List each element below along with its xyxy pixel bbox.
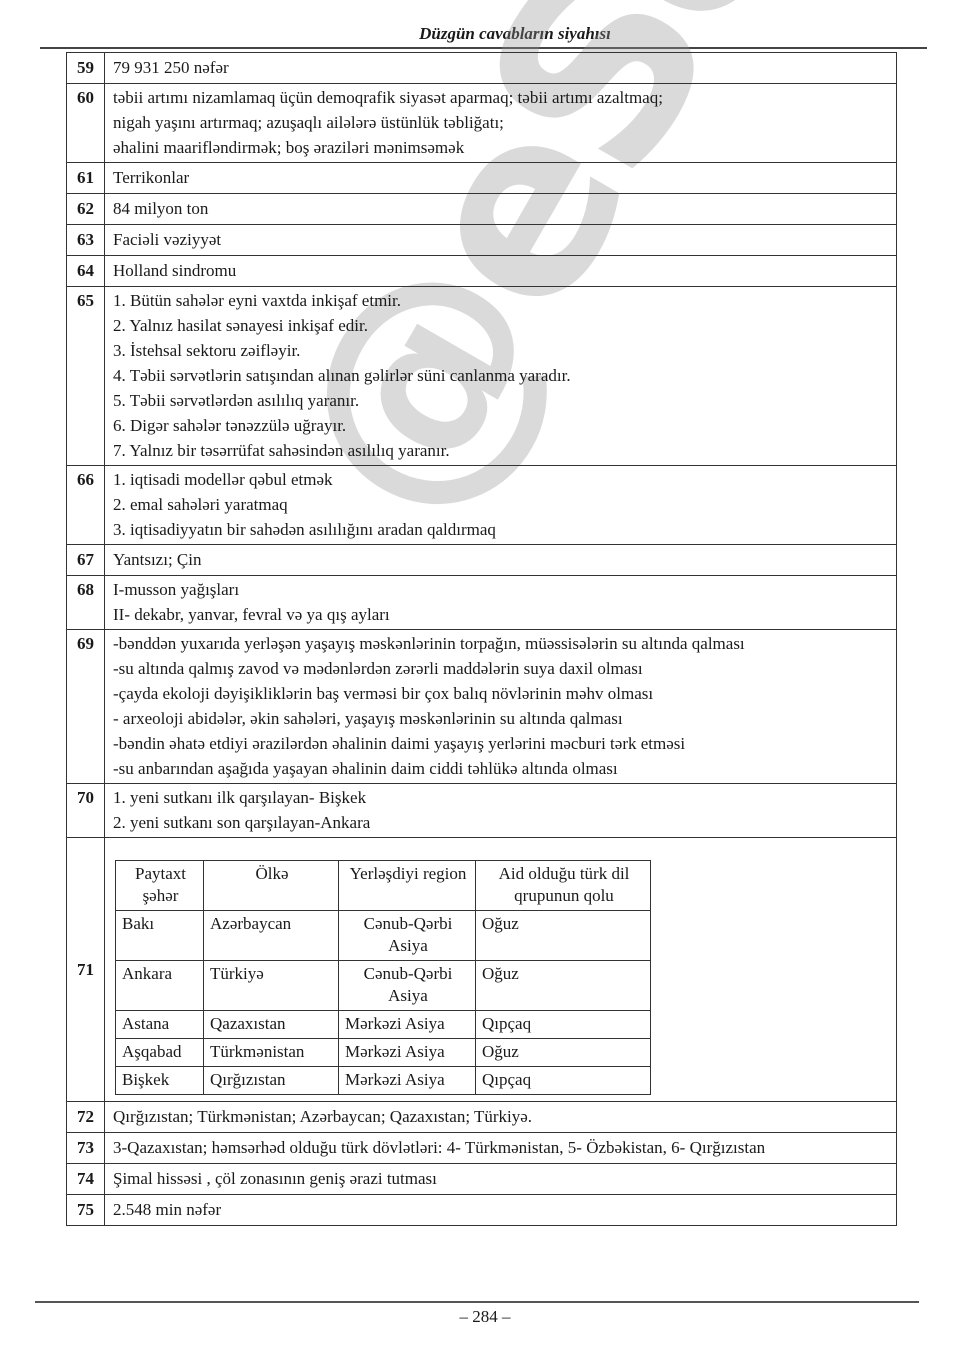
answer-line: -su anbarından aşağıda yaşayan əhalinin … [113, 756, 888, 781]
answer-row-59: 5979 931 250 nəfər [67, 53, 897, 84]
cell-branch: Oğuz [476, 1039, 651, 1067]
answer-line: 2. emal sahələri yaratmaq [113, 492, 888, 517]
cell-region: Mərkəzi Asiya [339, 1039, 476, 1067]
column-header: Paytaxtşəhər [116, 861, 204, 911]
region-line: Cənub-Qərbi [345, 963, 471, 985]
question-number: 72 [67, 1102, 105, 1133]
answer-row-65: 651. Bütün sahələr eyni vaxtda inkişaf e… [67, 287, 897, 466]
cell-country: Türkmənistan [204, 1039, 339, 1067]
question-number: 75 [67, 1195, 105, 1226]
question-number: 71 [67, 838, 105, 1102]
region-line: Asiya [345, 935, 471, 957]
cell-country: Qırğızıstan [204, 1067, 339, 1095]
region-line: Cənub-Qərbi [345, 913, 471, 935]
question-number: 67 [67, 545, 105, 576]
header-divider [40, 47, 927, 49]
cell-region: Cənub-QərbiAsiya [339, 961, 476, 1011]
header-line: qrupunun qolu [482, 885, 646, 907]
answer-line: Holland sindromu [113, 258, 888, 283]
question-number: 68 [67, 576, 105, 630]
cell-region: Mərkəzi Asiya [339, 1011, 476, 1039]
answer-row-71: 71PaytaxtşəhərÖlkəYerləşdiyi regionAid o… [67, 838, 897, 1102]
cell-capital: Astana [116, 1011, 204, 1039]
cell-region: Cənub-QərbiAsiya [339, 911, 476, 961]
answer-text: 3-Qazaxıstan; həmsərhəd olduğu türk dövl… [105, 1133, 897, 1164]
answer-text: 79 931 250 nəfər [105, 53, 897, 84]
answer-line: Qırğızıstan; Türkmənistan; Azərbaycan; Q… [113, 1104, 888, 1129]
capitals-table-row: AnkaraTürkiyəCənub-QərbiAsiyaOğuz [116, 961, 651, 1011]
question-number: 64 [67, 256, 105, 287]
answer-row-61: 61Terrikonlar [67, 163, 897, 194]
answer-line: Yantsızı; Çin [113, 547, 888, 572]
page-header-title: Düzgün cavabların siyahısı [0, 24, 970, 44]
answer-line: -bəndin əhatə etdiyi ərazilərdən əhalini… [113, 731, 888, 756]
answer-row-64: 64Holland sindromu [67, 256, 897, 287]
cell-branch: Qıpçaq [476, 1067, 651, 1095]
answer-line: -çayda ekoloji dəyişikliklərin baş vermə… [113, 681, 888, 706]
question-number: 60 [67, 84, 105, 163]
cell-capital: Aşqabad [116, 1039, 204, 1067]
answer-row-73: 733-Qazaxıstan; həmsərhəd olduğu türk dö… [67, 1133, 897, 1164]
column-header: Ölkə [204, 861, 339, 911]
question-number: 59 [67, 53, 105, 84]
answer-line: 7. Yalnız bir təsərrüfat sahəsindən asıl… [113, 438, 888, 463]
question-number: 70 [67, 784, 105, 838]
answer-line: 2. yeni sutkanı son qarşılayan-Ankara [113, 810, 888, 835]
answer-line: 2. Yalnız hasilat sənayesi inkişaf edir. [113, 313, 888, 338]
capitals-table-row: AşqabadTürkmənistanMərkəzi AsiyaOğuz [116, 1039, 651, 1067]
answer-line: -su altında qalmış zavod və mədənlərdən … [113, 656, 888, 681]
answer-line: 3. iqtisadiyyatın bir sahədən asılılığın… [113, 517, 888, 542]
answer-row-72: 72Qırğızıstan; Türkmənistan; Azərbaycan;… [67, 1102, 897, 1133]
answer-line: - arxeoloji abidələr, əkin sahələri, yaş… [113, 706, 888, 731]
answer-text: 1. yeni sutkanı ilk qarşılayan- Bişkek2.… [105, 784, 897, 838]
cell-branch: Qıpçaq [476, 1011, 651, 1039]
cell-country: Türkiyə [204, 961, 339, 1011]
answers-table: 5979 931 250 nəfər60təbii artımı nizamla… [66, 52, 897, 1226]
answer-line: 5. Təbii sərvətlərdən asılılıq yaranır. [113, 388, 888, 413]
capitals-table: PaytaxtşəhərÖlkəYerləşdiyi regionAid old… [115, 860, 651, 1095]
page-number: – 284 – [0, 1307, 970, 1327]
answer-row-62: 6284 milyon ton [67, 194, 897, 225]
answer-line: 1. iqtisadi modellər qəbul etmək [113, 467, 888, 492]
answer-row-75: 752.548 min nəfər [67, 1195, 897, 1226]
capitals-table-row: AstanaQazaxıstanMərkəzi AsiyaQıpçaq [116, 1011, 651, 1039]
answer-line: 6. Digər sahələr tənəzzülə uğrayır. [113, 413, 888, 438]
header-line: Ölkə [210, 863, 334, 885]
answer-text: Holland sindromu [105, 256, 897, 287]
answer-line: Faciəli vəziyyət [113, 227, 888, 252]
region-line: Mərkəzi Asiya [345, 1041, 471, 1063]
cell-capital: Ankara [116, 961, 204, 1011]
answer-line: 84 milyon ton [113, 196, 888, 221]
answer-capitals-table-cell: PaytaxtşəhərÖlkəYerləşdiyi regionAid old… [105, 838, 897, 1102]
capitals-table-header: PaytaxtşəhərÖlkəYerləşdiyi regionAid old… [116, 861, 651, 911]
answer-text: I-musson yağışlarıII- dekabr, yanvar, fe… [105, 576, 897, 630]
answer-line: 4. Təbii sərvətlərin satışından alınan g… [113, 363, 888, 388]
answer-text: Yantsızı; Çin [105, 545, 897, 576]
answer-line: 2.548 min nəfər [113, 1197, 888, 1222]
answer-line: Şimal hissəsi , çöl zonasının geniş əraz… [113, 1166, 888, 1191]
column-header: Yerləşdiyi region [339, 861, 476, 911]
answer-row-68: 68I-musson yağışlarıII- dekabr, yanvar, … [67, 576, 897, 630]
cell-country: Qazaxıstan [204, 1011, 339, 1039]
answer-row-63: 63Faciəli vəziyyət [67, 225, 897, 256]
answer-text: Faciəli vəziyyət [105, 225, 897, 256]
answer-line: II- dekabr, yanvar, fevral və ya qış ayl… [113, 602, 888, 627]
header-line: Yerləşdiyi region [345, 863, 471, 885]
answer-text: 1. iqtisadi modellər qəbul etmək2. emal … [105, 466, 897, 545]
answer-line: 1. Bütün sahələr eyni vaxtda inkişaf etm… [113, 288, 888, 313]
header-line: Aid olduğu türk dil [482, 863, 646, 885]
question-number: 65 [67, 287, 105, 466]
answer-line: 1. yeni sutkanı ilk qarşılayan- Bişkek [113, 785, 888, 810]
answer-row-66: 661. iqtisadi modellər qəbul etmək2. ema… [67, 466, 897, 545]
answer-text: 84 milyon ton [105, 194, 897, 225]
answer-row-70: 701. yeni sutkanı ilk qarşılayan- Bişkek… [67, 784, 897, 838]
cell-capital: Bakı [116, 911, 204, 961]
capitals-table-row: BişkekQırğızıstanMərkəzi AsiyaQıpçaq [116, 1067, 651, 1095]
question-number: 74 [67, 1164, 105, 1195]
footer-divider [35, 1301, 919, 1303]
answer-row-67: 67Yantsızı; Çin [67, 545, 897, 576]
answer-text: Şimal hissəsi , çöl zonasının geniş əraz… [105, 1164, 897, 1195]
answer-text: -bənddən yuxarıda yerləşən yaşayış məskə… [105, 630, 897, 784]
answer-row-69: 69-bənddən yuxarıda yerləşən yaşayış məs… [67, 630, 897, 784]
cell-branch: Oğuz [476, 961, 651, 1011]
answer-line: -bənddən yuxarıda yerləşən yaşayış məskə… [113, 631, 888, 656]
header-line: Paytaxt [122, 863, 199, 885]
column-header: Aid olduğu türk dilqrupunun qolu [476, 861, 651, 911]
answer-row-74: 74Şimal hissəsi , çöl zonasının geniş ər… [67, 1164, 897, 1195]
cell-capital: Bişkek [116, 1067, 204, 1095]
question-number: 62 [67, 194, 105, 225]
answer-line: əhalini maarifləndirmək; boş əraziləri m… [113, 135, 888, 160]
answer-line: 79 931 250 nəfər [113, 55, 888, 80]
region-line: Mərkəzi Asiya [345, 1013, 471, 1035]
answer-text: təbii artımı nizamlamaq üçün demoqrafik … [105, 84, 897, 163]
question-number: 69 [67, 630, 105, 784]
question-number: 66 [67, 466, 105, 545]
answer-row-60: 60təbii artımı nizamlamaq üçün demoqrafi… [67, 84, 897, 163]
answer-line: 3-Qazaxıstan; həmsərhəd olduğu türk dövl… [113, 1135, 888, 1160]
cell-country: Azərbaycan [204, 911, 339, 961]
region-line: Mərkəzi Asiya [345, 1069, 471, 1091]
answer-line: nigah yaşını artırmaq; azuşaqlı ailələrə… [113, 110, 888, 135]
answer-text: 1. Bütün sahələr eyni vaxtda inkişaf etm… [105, 287, 897, 466]
cell-region: Mərkəzi Asiya [339, 1067, 476, 1095]
answer-line: I-musson yağışları [113, 577, 888, 602]
question-number: 73 [67, 1133, 105, 1164]
capitals-table-row: BakıAzərbaycanCənub-QərbiAsiyaOğuz [116, 911, 651, 961]
answer-line: Terrikonlar [113, 165, 888, 190]
answer-text: Terrikonlar [105, 163, 897, 194]
region-line: Asiya [345, 985, 471, 1007]
answer-line: 3. İstehsal sektoru zəifləyir. [113, 338, 888, 363]
question-number: 63 [67, 225, 105, 256]
answer-text: 2.548 min nəfər [105, 1195, 897, 1226]
answer-line: təbii artımı nizamlamaq üçün demoqrafik … [113, 85, 888, 110]
answer-text: Qırğızıstan; Türkmənistan; Azərbaycan; Q… [105, 1102, 897, 1133]
cell-branch: Oğuz [476, 911, 651, 961]
header-line: şəhər [122, 885, 199, 907]
question-number: 61 [67, 163, 105, 194]
